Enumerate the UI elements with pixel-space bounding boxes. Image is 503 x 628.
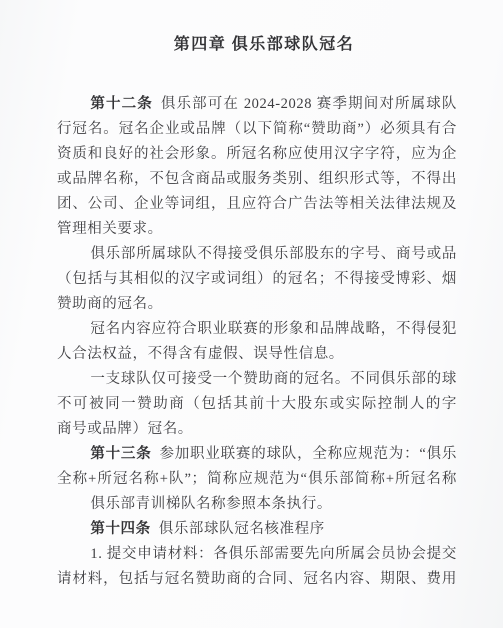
line-text: 1. 提交申请材料：各俱乐部需要先向所属会员协会提交申 — [57, 546, 457, 567]
text-line: 俱乐部青训梯队名称参照本条执行。 — [57, 492, 457, 517]
text-line: 不可被同一赞助商（包括其前十大股东或实际控制人的字号、 — [57, 392, 457, 417]
text-line: 请材料，包括与冠名赞助商的合同、冠名内容、期限、费用等相 — [57, 567, 457, 592]
text-line: 第十三条参加职业联赛的球队，全称应规范为：“俱乐部 — [57, 442, 457, 467]
chapter-title: 第四章 俱乐部球队冠名 — [71, 34, 457, 56]
line-text: 全称+所冠名称+队”；简称应规范为“俱乐部简称+所冠名称+队”。 — [57, 471, 457, 492]
line-text: 俱乐部所属球队不得接受俱乐部股东的字号、商号或品牌 — [57, 246, 457, 267]
text-line: 冠名内容应符合职业联赛的形象和品牌战略，不得侵犯他 — [57, 317, 457, 342]
line-text: 冠名内容应符合职业联赛的形象和品牌战略，不得侵犯他 — [57, 321, 457, 342]
line-text: 商号或品牌）冠名。 — [57, 421, 193, 437]
text-line: 资质和良好的社会形象。所冠名称应使用汉字字符，应为企业 — [57, 142, 457, 167]
line-text: 赞助商的冠名。 — [57, 296, 163, 312]
line-text: 请材料，包括与冠名赞助商的合同、冠名内容、期限、费用等相 — [57, 571, 457, 592]
text-line: 一支球队仅可接受一个赞助商的冠名。不同俱乐部的球队 — [57, 367, 457, 392]
clause-number: 第十四条 — [90, 521, 150, 537]
text-line: 俱乐部所属球队不得接受俱乐部股东的字号、商号或品牌 — [57, 242, 457, 267]
line-text: 团、公司、企业等词组，且应符合广告法等相关法律法规及行业 — [57, 196, 457, 217]
line-text: 人合法权益，不得含有虚假、误导性信息。 — [57, 346, 344, 362]
clause-number: 第十三条 — [90, 446, 151, 462]
text-line: 赞助商的冠名。 — [57, 292, 457, 317]
text-line: 1. 提交申请材料：各俱乐部需要先向所属会员协会提交申 — [57, 542, 457, 567]
document-page: 第四章 俱乐部球队冠名 第十二条俱乐部可在 2024-2028 赛季期间对所属球… — [0, 0, 503, 628]
text-line: 人合法权益，不得含有虚假、误导性信息。 — [57, 342, 457, 367]
document-body: 第十二条俱乐部可在 2024-2028 赛季期间对所属球队进 行冠名。冠名企业或… — [57, 92, 457, 592]
line-text: 管理相关要求。 — [57, 221, 163, 237]
clause-number: 第十二条 — [90, 96, 153, 112]
text-line: 行冠名。冠名企业或品牌（以下简称“赞助商”）必须具有合法 — [57, 117, 457, 142]
text-line: 商号或品牌）冠名。 — [57, 417, 457, 442]
line-text: 行冠名。冠名企业或品牌（以下简称“赞助商”）必须具有合法 — [57, 121, 457, 142]
line-text: 不可被同一赞助商（包括其前十大股东或实际控制人的字号、 — [57, 396, 457, 417]
line-text: 俱乐部球队冠名核准程序 — [159, 521, 325, 537]
line-text: 资质和良好的社会形象。所冠名称应使用汉字字符，应为企业 — [57, 146, 457, 167]
text-line: 全称+所冠名称+队”；简称应规范为“俱乐部简称+所冠名称+队”。 — [57, 467, 457, 492]
text-line: 第十四条俱乐部球队冠名核准程序 — [57, 517, 457, 542]
text-line: （包括与其相似的汉字或词组）的冠名；不得接受博彩、烟草等 — [57, 267, 457, 292]
text-line: 第十二条俱乐部可在 2024-2028 赛季期间对所属球队进 — [57, 92, 457, 117]
line-text: （包括与其相似的汉字或词组）的冠名；不得接受博彩、烟草等 — [57, 271, 457, 292]
line-text: 或品牌名称，不包含商品或服务类别、组织形式等，不得出现集 — [57, 171, 457, 192]
text-line: 团、公司、企业等词组，且应符合广告法等相关法律法规及行业 — [57, 192, 457, 217]
text-line: 管理相关要求。 — [57, 217, 457, 242]
line-text: 一支球队仅可接受一个赞助商的冠名。不同俱乐部的球队 — [57, 371, 457, 392]
text-line: 或品牌名称，不包含商品或服务类别、组织形式等，不得出现集 — [57, 167, 457, 192]
line-text: 俱乐部青训梯队名称参照本条执行。 — [90, 496, 332, 512]
